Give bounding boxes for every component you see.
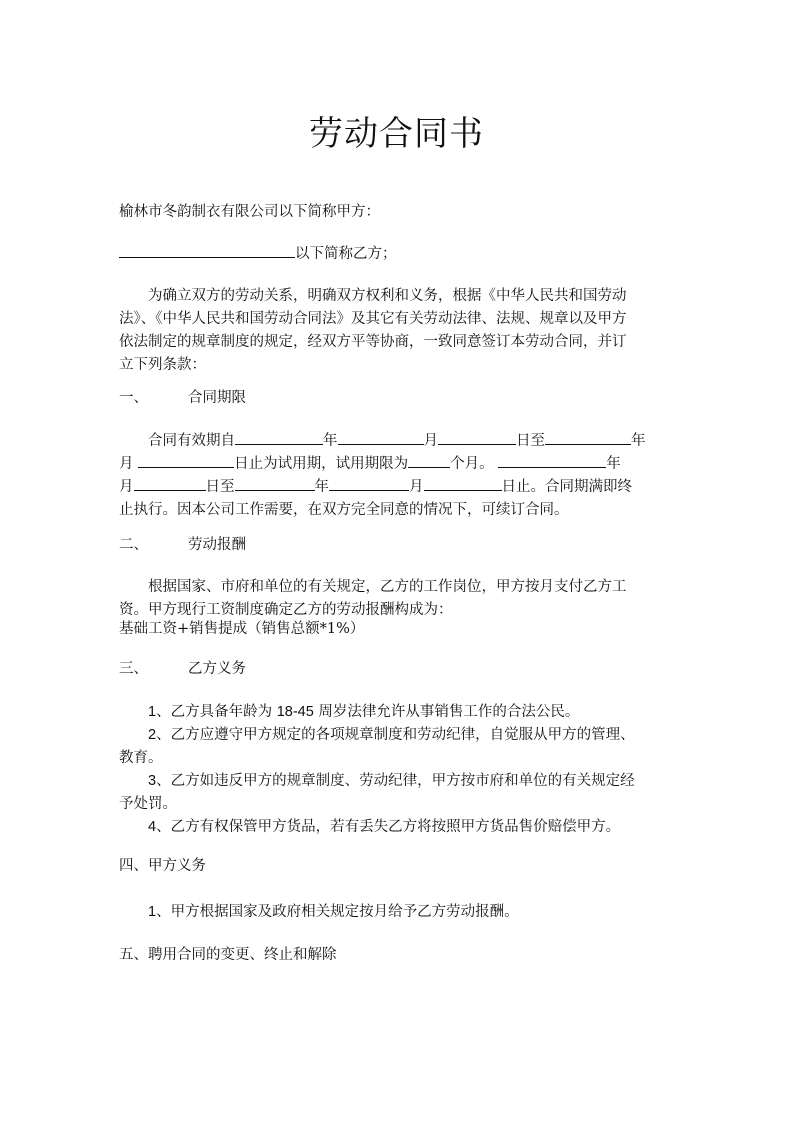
preamble-line-4: 立下列条款： [119, 354, 679, 377]
start-year-blank[interactable] [235, 430, 323, 445]
term-line-4: 止执行。因本公司工作需要，在双方完全同意的情况下，可续订合同。 [119, 499, 679, 522]
preamble-line-1: 为确立双方的劳动关系，明确双方权利和义务，根据《中华人民共和国劳动 [119, 285, 708, 308]
party-b-duty-3-cont: 予处罚。 [119, 793, 679, 816]
document-page: 劳动合同书 榆林市冬韵制衣有限公司以下简称甲方： 以下简称乙方； 为确立双方的劳… [0, 0, 793, 1122]
section-1-heading: 一、合同期限 [119, 387, 679, 410]
contract-end-year-blank[interactable] [235, 476, 315, 491]
contract-end-month-blank[interactable] [329, 476, 409, 491]
section-2-heading: 二、劳动报酬 [119, 534, 679, 557]
probation-end-month-blank[interactable] [138, 453, 234, 468]
section-4-heading: 四、甲方义务 [119, 855, 679, 878]
end-month-blank[interactable] [134, 476, 206, 491]
probation-months-blank[interactable] [408, 453, 450, 468]
term-line-1: 合同有效期自年月日至年 [119, 430, 708, 453]
party-b-line: 以下简称乙方； [119, 243, 679, 266]
end-year-blank[interactable] [498, 453, 606, 468]
term-line-3: 月日至年月日止。合同期满即终 [119, 476, 679, 499]
section-5-heading: 五、聘用合同的变更、终止和解除 [119, 944, 679, 967]
party-b-duty-3: 3、乙方如违反甲方的规章制度、劳动纪律，甲方按市府和单位的有关规定经 [119, 770, 708, 793]
start-month-blank[interactable] [338, 430, 424, 445]
party-b-name-blank[interactable] [119, 243, 295, 258]
contract-end-day-blank[interactable] [424, 476, 502, 491]
term-line-2: 月 日止为试用期，试用期限为个月。 年 [119, 453, 679, 476]
preamble-line-3: 依法制定的规章制度的规定，经双方平等协商，一致同意签订本劳动合同，并订 [119, 331, 679, 354]
party-a-line: 榆林市冬韵制衣有限公司以下简称甲方： [119, 201, 679, 224]
document-title: 劳动合同书 [0, 106, 793, 155]
party-b-duty-4: 4、乙方有权保管甲方货品，若有丢失乙方将按照甲方货品售价赔偿甲方。 [119, 816, 708, 839]
start-day-blank[interactable] [438, 430, 516, 445]
party-a-duty-1: 1、甲方根据国家及政府相关规定按月给予乙方劳动报酬。 [119, 901, 708, 924]
pay-formula: 基础工资+销售提成（销售总额*1%） [119, 618, 679, 641]
party-b-duty-1: 1、乙方具备年龄为 18-45 周岁法律允许从事销售工作的合法公民。 [119, 701, 708, 724]
section-3-heading: 三、乙方义务 [119, 658, 679, 681]
party-b-duty-2: 2、乙方应遵守甲方规定的各项规章制度和劳动纪律，自觉服从甲方的管理、 [119, 724, 708, 747]
party-b-duty-2-cont: 教育。 [119, 747, 679, 770]
preamble-line-2: 法》、《中华人民共和国劳动合同法》及其它有关劳动法律、法规、规章以及甲方 [119, 308, 679, 331]
probation-end-year-blank[interactable] [545, 430, 631, 445]
pay-line-1: 根据国家、市府和单位的有关规定，乙方的工作岗位，甲方按月支付乙方工 [119, 576, 708, 599]
